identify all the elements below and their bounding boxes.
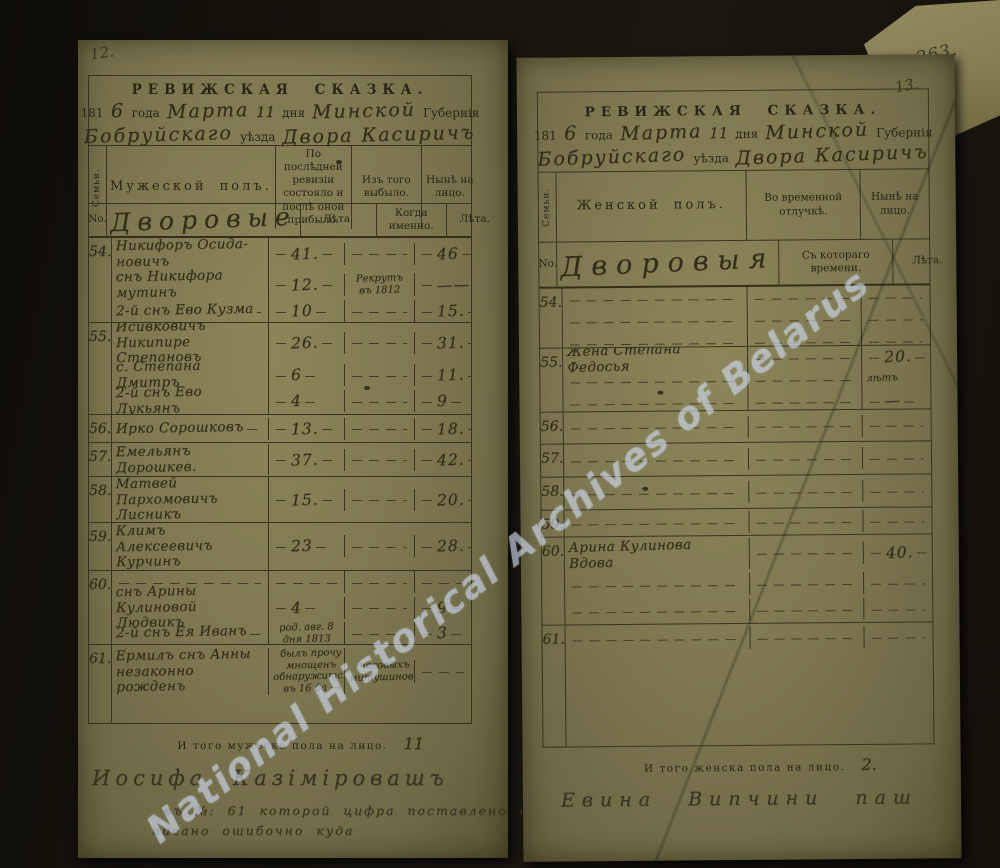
cell-value — [863, 479, 931, 502]
dnya-label: дня — [735, 127, 758, 141]
ruled-dash — [755, 394, 854, 409]
ruled-dash — [276, 304, 288, 318]
entry-value: 3 — [437, 624, 448, 642]
entry-value: лѣтъ — [866, 372, 898, 385]
ruled-dash — [422, 422, 434, 436]
ruled-dash — [276, 453, 288, 467]
ruled-dash — [756, 418, 855, 433]
entry-line: Жена Степана Федосья20. — [563, 345, 930, 370]
cell-name: Емельянъ Дорошкев. — [112, 444, 269, 475]
entry-name: Ирко Сорошковъ — [116, 420, 244, 438]
cell-value: 42. — [415, 449, 471, 471]
cell-name: Климъ Алексеевичъ Курчинъ — [112, 523, 269, 570]
entry-line: Исивковичъ Никипире Степановъ26.31. — [112, 323, 471, 362]
ruled-dash — [276, 539, 288, 553]
cell-value: 20. — [862, 345, 930, 368]
page-right: 13. РЕВИЖСКАЯ СКАЗКА. 1816 года Марта 11… — [517, 54, 962, 862]
table-row: 54. — [540, 285, 931, 348]
ruled-dash — [352, 422, 407, 436]
ruled-dash — [571, 373, 741, 388]
signature-line: писано ошибочно куда — [152, 820, 354, 839]
ruled-dash — [871, 601, 925, 615]
cell-name: снъ Никифора мутинъ — [112, 269, 269, 300]
ruled-dash — [570, 313, 740, 328]
entry-value: 37. — [291, 450, 319, 469]
family-number: 58. — [89, 477, 112, 522]
entry-value: 6 — [291, 366, 302, 384]
subheader-years-now: Лѣта. — [447, 204, 503, 236]
column-headers: Семьи. Женской полъ. Во временной отлучк… — [539, 169, 930, 242]
entry-value: 9 — [437, 598, 448, 616]
cell-value: 41. — [269, 243, 345, 265]
ruled-dash — [352, 394, 407, 408]
female-rows: 54.55.Жена Степана Федосья20.лѣтъ—56.57.… — [540, 285, 934, 746]
table-row: 59. — [541, 507, 931, 537]
dnya-label: дня — [282, 106, 305, 120]
male-rows: 54.Никифоръ Осида­новичъ41.46снъ Никифор… — [89, 238, 471, 723]
ruled-dash — [316, 304, 328, 318]
table-row: 55.Жена Степана Федосья20.лѣтъ— — [540, 345, 931, 412]
cell-value — [750, 626, 864, 649]
ruled-dash — [352, 626, 407, 640]
entry-value: 15. — [291, 490, 319, 509]
subheader-years-now: Лѣта. — [893, 239, 961, 284]
place-handwritten: Двора Касиричъ — [282, 121, 476, 148]
cell-value: 20. — [415, 489, 471, 511]
ruled-dash — [571, 452, 741, 467]
table-row: 60.снъ Арины Кулиновой Людвикъ492-й снъ … — [89, 571, 471, 645]
ruled-dash — [872, 629, 926, 643]
paper-spot — [336, 160, 342, 164]
table-row: 61. — [542, 622, 933, 746]
entry-name: Емельянъ Дорошкев. — [116, 444, 258, 475]
family-number: 57. — [89, 443, 112, 476]
family-number: 57. — [541, 445, 565, 477]
ruled-dash — [305, 394, 317, 408]
ruled-dash — [276, 336, 288, 350]
cell-name: Никифоръ Осида­новичъ — [112, 238, 269, 269]
cell-value: 6 — [269, 364, 345, 386]
ruled-dash — [422, 664, 464, 678]
revision-table-male: РЕВИЖСКАЯ СКАЗКА. 1816 года Марта 11 дня… — [88, 75, 472, 724]
cell-value: 4 — [269, 390, 345, 412]
entry-value: 9 — [437, 392, 448, 410]
entry-value: 42. — [437, 450, 465, 469]
entry-line: Климъ Алексеевичъ Курчинъ2328. — [112, 523, 471, 570]
family-label: Семьи. — [542, 188, 554, 227]
cell-value — [748, 346, 862, 369]
family-number-text: 54. — [540, 295, 562, 311]
page-left: 12. РЕВИЖСКАЯ СКАЗКА. 1816 года Марта 11… — [78, 40, 508, 858]
ruled-dash — [422, 304, 434, 318]
ruled-dash — [352, 304, 407, 318]
entry-value: 11. — [437, 366, 465, 385]
entry-value: 31. — [437, 333, 465, 352]
entry-value: 18. — [437, 419, 465, 438]
uezd-label: уѣзда — [240, 130, 275, 144]
cell-value: былъ прочу мнощенъ обнаружится въ 16 да … — [269, 648, 345, 694]
male-total: И того мужеска пола на лицо.11 — [134, 734, 424, 753]
ruled-dash — [468, 336, 471, 350]
ruled-dash — [755, 350, 854, 365]
cell-name: 2-й снъ Ево Лукьянъ — [112, 385, 269, 415]
entry-name: 2-й снъ Ея Иванъ — [116, 624, 247, 642]
ruled-dash — [871, 575, 925, 589]
column-header-female-sex: Женской полъ. — [557, 171, 748, 242]
entry-value: 12. — [291, 275, 319, 294]
ruled-dash — [322, 493, 334, 507]
family-number-text: 55. — [540, 355, 562, 371]
family-label: Семьи. — [92, 168, 103, 207]
cell-value — [864, 571, 932, 594]
entry-line: 2-й снъ Ево Лукьянъ49 — [112, 388, 471, 414]
column-subheaders: No. Дворовыя Съ котораго времени. Лѣта. — [539, 239, 929, 288]
subheader-years-prev: Лѣта. — [301, 204, 377, 236]
paper-spot — [657, 391, 663, 395]
signature-line: Иосифа Казіміровашъ — [92, 766, 449, 790]
ruled-dash — [451, 394, 463, 408]
ruled-dash — [869, 394, 881, 408]
cell-value — [864, 625, 932, 648]
year-handwritten: 6 — [110, 100, 125, 122]
cell-value: 10 — [269, 300, 345, 322]
ruled-dash — [904, 393, 916, 407]
ruled-dash — [758, 630, 857, 645]
title-block: РЕВИЖСКАЯ СКАЗКА. 1816 года Марта 11 дня… — [89, 76, 471, 146]
ruled-dash — [468, 539, 471, 553]
family-number-text: 56. — [541, 419, 563, 435]
family-number-text: 60. — [542, 544, 564, 560]
table-row: 56.Ирко Сорошковъ13.18. — [89, 415, 471, 443]
entry-name: Климъ Алексеевичъ Курчинъ — [116, 523, 259, 570]
ruled-dash — [276, 247, 288, 261]
entry-line: снъ Никифора мутинъ12.Рекрутъ въ 1812—— — [112, 269, 471, 300]
cell-value — [345, 243, 415, 265]
ruled-dash — [305, 368, 317, 382]
cell-value — [345, 390, 415, 412]
family-number: 60. — [89, 571, 112, 644]
cell-value: 3 — [415, 622, 471, 644]
province-handwritten: Минской — [765, 118, 870, 144]
cell-value — [345, 597, 415, 619]
cell-name: Ермилъ снъ Анны незаконно рожденъ — [112, 648, 269, 695]
ruled-dash — [422, 278, 434, 292]
group-handwritten: Дворовыя — [560, 248, 776, 279]
ruled-dash — [870, 418, 924, 432]
signature-text: Иосифа Казіміровашъ — [92, 766, 449, 790]
day-handwritten: 11 — [709, 124, 728, 142]
entry-line — [564, 446, 931, 471]
family-number: 61. — [89, 645, 112, 723]
cell-value — [748, 286, 862, 309]
subheader-no: No. — [539, 243, 557, 287]
ruled-dash — [422, 336, 434, 350]
column-headers: Семьи. Мужеской полъ. По послѣдней ревиз… — [89, 146, 471, 204]
cell-name — [563, 287, 748, 311]
ruled-dash — [757, 576, 856, 591]
entry-line — [564, 414, 931, 439]
family-number-text: 54. — [89, 244, 111, 260]
ruled-dash — [570, 291, 740, 306]
entry-value: 4 — [291, 392, 302, 410]
cell-value: 23 — [269, 535, 345, 557]
cell-value: 40. — [864, 541, 932, 564]
year-handwritten: 6 — [563, 122, 578, 144]
cell-value — [269, 571, 345, 593]
ruled-dash — [352, 336, 407, 350]
cell-value: лѣтъ — [862, 367, 930, 390]
group-handwritten: Дворовые — [110, 207, 297, 234]
ruled-dash — [756, 484, 855, 499]
title-block: РЕВИЖСКАЯ СКАЗКА. 1816 года Марта 11 дня… — [538, 89, 929, 172]
entry-line: Ирко Сорошковъ13.18. — [112, 418, 471, 440]
ruled-dash — [451, 626, 463, 640]
cell-name — [566, 627, 751, 651]
ruled-dash — [247, 422, 261, 436]
gubernia-label: Губернія — [423, 106, 479, 120]
ruled-dash — [352, 453, 407, 467]
cell-value — [748, 308, 862, 331]
ruled-dash — [757, 602, 856, 617]
entry-name: Арина Кулинова Вдова — [569, 538, 739, 571]
uezd-handwritten: Бобруйскаго — [84, 122, 233, 148]
entry-value: 15. — [437, 302, 465, 321]
entry-line — [563, 307, 930, 332]
entry-value: Рекрутъ въ 1812 — [349, 273, 411, 296]
ruled-dash — [755, 372, 854, 387]
ruled-dash — [305, 601, 317, 615]
month-handwritten: Марта — [166, 99, 249, 123]
cell-value — [750, 598, 864, 621]
entry-value: 26. — [291, 333, 319, 352]
cell-value: 31. — [415, 332, 471, 354]
entry-line: Никифоръ Осида­новичъ41.46 — [112, 238, 471, 269]
ruled-dash — [352, 539, 407, 553]
cell-name — [564, 391, 749, 413]
ruled-dash — [422, 368, 434, 382]
ruled-dash — [276, 601, 288, 615]
cell-value — [863, 446, 931, 469]
ruled-dash — [352, 493, 407, 507]
ruled-dash — [322, 453, 334, 467]
family-number-text: 57. — [89, 449, 111, 465]
ruled-dash — [276, 493, 288, 507]
family-number: 58. — [541, 478, 565, 510]
ruled-dash — [422, 601, 434, 615]
cell-value: 26. — [269, 332, 345, 354]
entry-name: 2-й снъ Ево Кузма — [116, 302, 254, 320]
subheader-group: Дворовыя — [557, 241, 779, 287]
paper-spot — [642, 487, 648, 491]
entry-line: Ермилъ снъ Анны незаконно рожденъбылъ пр… — [112, 648, 471, 695]
cell-value — [748, 368, 862, 391]
cell-value — [750, 572, 864, 595]
province-handwritten: Минской — [312, 99, 416, 124]
cell-value: 15. — [415, 300, 471, 322]
date-line: 1816 года Марта 11 дня Минской Губернія — [544, 119, 922, 144]
cell-value — [345, 489, 415, 511]
column-header-now-present: Нынѣ на лицо. — [860, 169, 929, 239]
entry-value: часовыхъ митушиновъ — [349, 660, 415, 683]
ruled-dash — [755, 312, 854, 327]
year-prefix: 181 — [81, 106, 104, 120]
ruled-dash — [422, 453, 434, 467]
ruled-dash — [869, 311, 923, 325]
family-number: 59. — [541, 511, 564, 537]
ruled-dash — [573, 603, 743, 618]
ruled-dash — [322, 422, 334, 436]
revision-title: РЕВИЖСКАЯ СКАЗКА. — [95, 82, 465, 98]
ruled-dash — [352, 247, 407, 261]
column-subheaders: No. Дворовые Лѣта. Когда имен­но. Лѣта. — [89, 204, 471, 238]
cell-value: 37. — [269, 449, 345, 471]
uezd-line: Бобруйскаго уѣзда Двора Касиричъ — [544, 143, 922, 168]
ruled-dash — [462, 247, 471, 261]
goda-label: года — [132, 106, 160, 120]
family-number-text: 61. — [89, 651, 111, 667]
ruled-dash — [316, 539, 328, 553]
entry-value: род. авг. 8 дня 1813 — [273, 622, 341, 645]
entry-line: Емельянъ Дорошкев.37.42. — [112, 444, 471, 475]
day-handwritten: 11 — [256, 103, 275, 121]
ruled-dash — [571, 419, 741, 434]
ruled-dash — [276, 278, 288, 292]
cell-name — [563, 331, 748, 349]
uezd-line: Бобруйскаго уѣзда Двора Касиричъ — [95, 124, 465, 146]
entry-line: Матвей Пархомовичъ Лисникъ15.20. — [112, 477, 471, 522]
cell-name — [564, 481, 749, 505]
entry-line — [563, 285, 930, 310]
ruled-dash — [871, 545, 883, 559]
signature-text: въ №: 61 которой цифра поставлено оши — [164, 803, 553, 818]
ruled-dash — [572, 485, 742, 500]
ruled-dash — [468, 422, 471, 436]
entry-value: 20. — [437, 490, 465, 509]
table-row: 57.Емельянъ Дорошкев.37.42. — [89, 443, 471, 477]
cell-value — [345, 418, 415, 440]
entry-line — [566, 625, 933, 650]
ruled-dash — [352, 368, 407, 382]
cell-value — [862, 285, 930, 308]
column-header-family: Семьи. — [539, 173, 558, 242]
entry-value: 4 — [291, 598, 302, 616]
goda-label: года — [585, 128, 613, 142]
entry-value: былъ прочу мнощенъ обнаружится въ 16 да … — [272, 648, 345, 694]
female-total-value: 2. — [861, 755, 876, 774]
family-number: 54. — [540, 289, 564, 348]
ruled-dash — [573, 631, 743, 646]
entry-value: 46 — [437, 244, 459, 263]
family-number: 59. — [89, 523, 112, 570]
ruled-dash — [422, 575, 464, 589]
subheader-since-when: Съ котораго времени. — [779, 240, 893, 285]
cell-value: Рекрутъ въ 1812 — [345, 273, 415, 296]
cell-value — [345, 535, 415, 557]
ruled-dash — [870, 483, 924, 497]
ruled-dash — [468, 368, 471, 382]
entry-value: 40. — [885, 543, 913, 562]
entry-value: 41. — [291, 244, 319, 263]
entry-value: 20. — [884, 347, 912, 366]
cell-value: 11. — [415, 364, 471, 386]
table-row: 55.Исивковичъ Никипире Степановъ26.31.с.… — [89, 323, 471, 415]
cell-value — [749, 414, 863, 437]
entry-name: Никифоръ Осида­новичъ — [116, 238, 258, 269]
entry-value: —— — [437, 275, 471, 294]
table-row: 60.Арина Кулинова Вдова40. — [542, 534, 933, 625]
cell-name: 2-й снъ Ево Кузма — [112, 300, 269, 322]
ruled-dash — [451, 601, 463, 615]
entry-value: — — [884, 391, 901, 410]
ruled-dash — [422, 247, 434, 261]
revision-table-female: РЕВИЖСКАЯ СКАЗКА. 1816 года Марта 11 дня… — [537, 88, 935, 747]
ruled-dash — [916, 545, 928, 559]
year-prefix: 181 — [534, 129, 557, 143]
cell-value: 9 — [415, 390, 471, 412]
family-number-text: 57. — [541, 451, 563, 467]
table-row: 61.Ермилъ снъ Анны незаконно рожденъбылъ… — [89, 645, 471, 723]
family-number: 61. — [542, 626, 566, 747]
ruled-dash — [352, 575, 407, 589]
place-handwritten: Двора Касиричъ — [735, 141, 929, 170]
table-row: 59.Климъ Алексеевичъ Курчинъ2328. — [89, 523, 471, 571]
subheader-when-exactly: Когда имен­но. — [377, 204, 447, 236]
entry-line — [566, 597, 933, 622]
entry-value: 13. — [291, 419, 319, 438]
cell-value — [345, 571, 415, 593]
ruled-dash — [756, 514, 855, 529]
ruled-dash — [276, 575, 337, 589]
family-number: 55. — [89, 323, 112, 414]
family-number: 55. — [540, 349, 564, 412]
ruled-dash — [352, 601, 407, 615]
entry-name: 2-й снъ Ево Лукьянъ — [116, 385, 258, 415]
cell-value — [750, 541, 864, 564]
signature-line: въ №: 61 которой цифра поставлено оши — [164, 800, 553, 819]
cell-value — [345, 332, 415, 354]
table-row: 58. — [541, 474, 931, 510]
family-number: 56. — [541, 413, 565, 444]
cell-value — [345, 449, 415, 471]
ruled-dash — [870, 450, 924, 464]
table-row: 58.Матвей Пархомовичъ Лисникъ15.20. — [89, 477, 471, 523]
date-line: 1816 года Марта 11 дня Минской Губернія — [95, 100, 465, 122]
entry-line — [565, 509, 932, 534]
cell-name: Арина Кулинова Вдова — [565, 538, 750, 571]
family-number-text: 61. — [543, 632, 565, 648]
gubernia-label: Губернія — [876, 125, 933, 139]
ruled-dash — [468, 493, 471, 507]
family-number: 56. — [89, 415, 112, 442]
cell-name: Матвей Пархомовичъ Лисникъ — [112, 477, 269, 523]
cell-name: Ирко Сорошковъ — [112, 418, 269, 440]
table-row: 54.Никифоръ Осида­новичъ41.46снъ Никифор… — [89, 238, 471, 323]
subheader-no: No. — [89, 204, 107, 236]
table-row: 56. — [541, 409, 931, 444]
ruled-dash — [276, 368, 288, 382]
cell-name — [566, 599, 751, 623]
entry-value: 23 — [291, 537, 313, 556]
page-number-left: 12. — [89, 42, 115, 63]
cell-value: 12. — [269, 274, 345, 296]
ruled-dash — [572, 577, 742, 592]
ruled-dash — [571, 395, 741, 410]
entry-name: снъ Никифора мутинъ — [116, 269, 258, 300]
entry-name: Жена Степана Федосья — [567, 345, 737, 375]
entry-value: 28. — [437, 537, 465, 556]
entry-line — [564, 479, 931, 504]
cell-value — [415, 571, 471, 593]
